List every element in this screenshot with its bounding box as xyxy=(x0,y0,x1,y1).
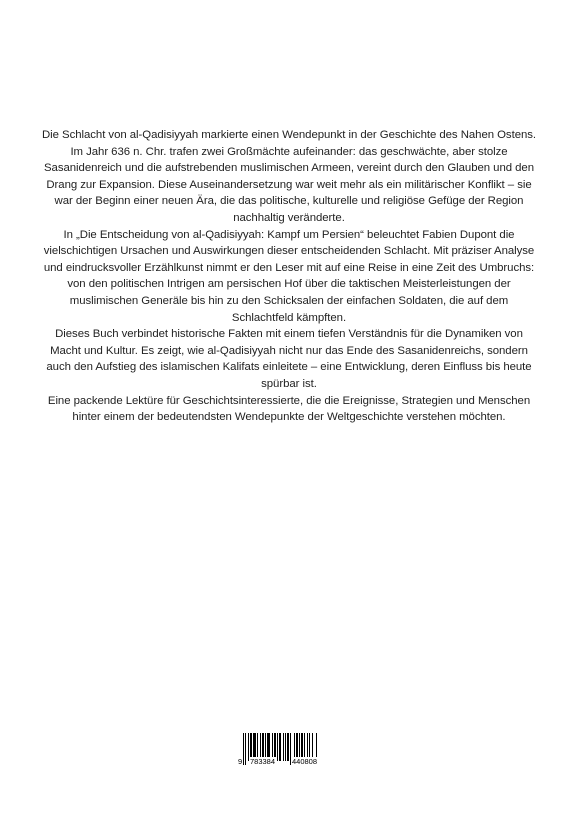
barcode-digits-left: 783384 xyxy=(249,757,276,766)
blurb-paragraph: Dieses Buch verbindet historische Fakten… xyxy=(40,326,538,392)
barcode-digit-first: 9 xyxy=(237,757,243,766)
barcode-digits-right: 440808 xyxy=(291,757,318,766)
blurb-paragraph: Eine packende Lektüre für Geschichtsinte… xyxy=(40,393,538,426)
back-cover-blurb: Die Schlacht von al-Qadisiyyah markierte… xyxy=(40,127,538,426)
isbn-barcode: 9 783384 440808 xyxy=(239,733,339,769)
barcode-digits: 9 783384 440808 xyxy=(239,757,339,769)
blurb-paragraph: In „Die Entscheidung von al-Qadisiyyah: … xyxy=(40,227,538,327)
blurb-paragraph: Die Schlacht von al-Qadisiyyah markierte… xyxy=(40,127,538,227)
